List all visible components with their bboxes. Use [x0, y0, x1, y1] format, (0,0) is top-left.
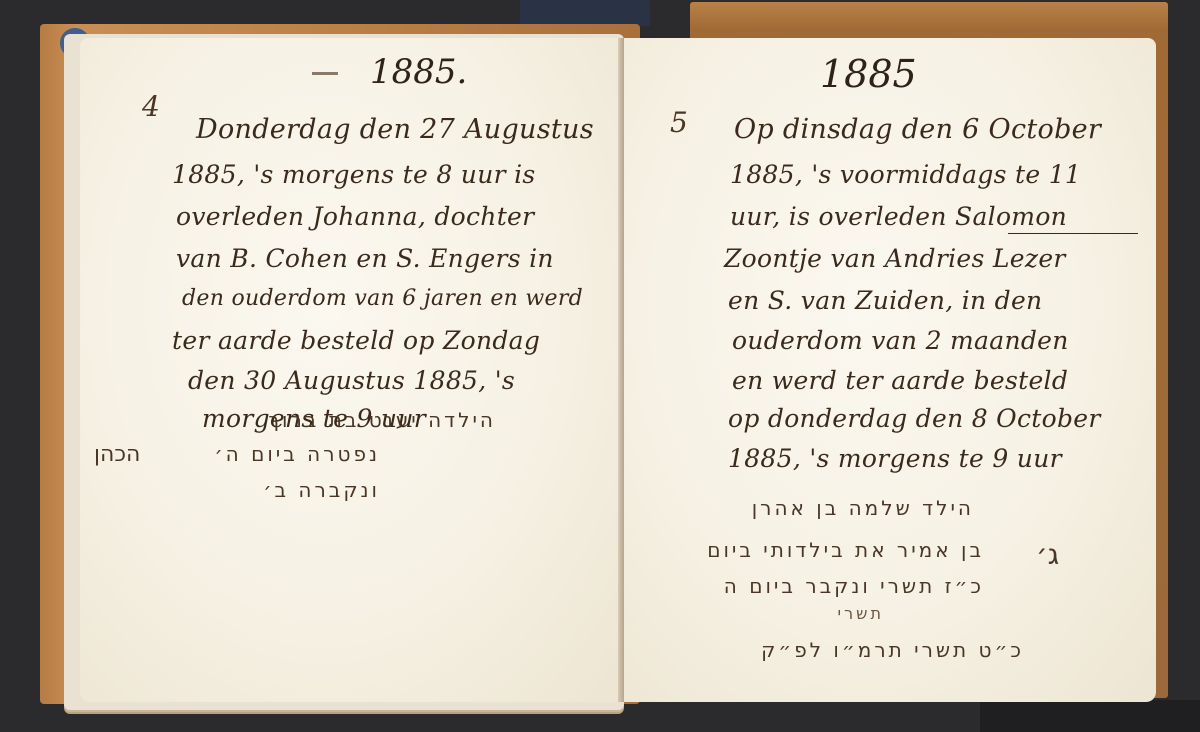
- right-year-heading: 1885: [820, 52, 917, 96]
- left-margin-note: הכהן: [94, 442, 140, 467]
- right-line-9: 1885, 's morgens te 9 uur: [728, 444, 1062, 473]
- name-underline: [1008, 232, 1138, 234]
- right-hebrew-line-4: תשרי: [824, 604, 884, 623]
- right-line-1: Op dinsdag den 6 October: [734, 114, 1101, 145]
- left-line-7: den 30 Augustus 1885, 's: [188, 366, 515, 395]
- right-entry-number: 5: [670, 106, 688, 139]
- right-hebrew-line-1: הילד שלמה בן אהרן: [754, 496, 974, 520]
- left-entry-number: 4: [142, 90, 160, 123]
- pencil-mark: [312, 72, 338, 75]
- left-line-5: den ouderdom van 6 jaren en werd: [182, 286, 583, 311]
- left-line-3: overleden Johanna, dochter: [176, 202, 534, 231]
- right-line-7: en werd ter aarde besteld: [732, 366, 1068, 395]
- right-hebrew-line-5: כ״ט תשרי תרמ״ו לפ״ק: [704, 638, 1024, 662]
- right-line-6: ouderdom van 2 maanden: [732, 326, 1069, 355]
- right-hebrew-line-3: כ״ז תשרי ונקבר ביום ה: [694, 574, 984, 598]
- left-hebrew-line-2: נפטרה ביום ה׳: [180, 442, 380, 466]
- right-hebrew-line-2: בן אמיר את בילדותי ביום: [694, 538, 984, 562]
- right-margin-note: ג׳: [1036, 538, 1059, 571]
- left-line-6: ter aarde besteld op Zondag: [172, 326, 540, 355]
- left-line-2: 1885, 's morgens te 8 uur is: [172, 160, 536, 189]
- display-stand: [520, 0, 650, 26]
- left-line-1: Donderdag den 27 Augustus: [196, 114, 594, 145]
- right-page: 1885 5 Op dinsdag den 6 October 1885, 's…: [624, 38, 1156, 702]
- left-hebrew-line-1: הילדה יענט בת ברוך: [176, 408, 496, 432]
- right-line-3: uur, is overleden Salomon: [730, 202, 1067, 231]
- left-hebrew-line-3: ונקברה ב׳: [180, 478, 380, 502]
- display-stand-base: [980, 700, 1200, 732]
- right-line-5: en S. van Zuiden, in den: [728, 286, 1042, 315]
- right-line-8: op donderdag den 8 October: [728, 404, 1101, 433]
- left-line-4: van B. Cohen en S. Engers in: [176, 244, 554, 273]
- left-page: 1885. 4 Donderdag den 27 Augustus 1885, …: [80, 38, 620, 702]
- right-line-2: 1885, 's voormiddags te 11: [730, 160, 1081, 189]
- right-line-4: Zoontje van Andries Lezer: [724, 244, 1066, 273]
- left-year-heading: 1885.: [370, 52, 467, 92]
